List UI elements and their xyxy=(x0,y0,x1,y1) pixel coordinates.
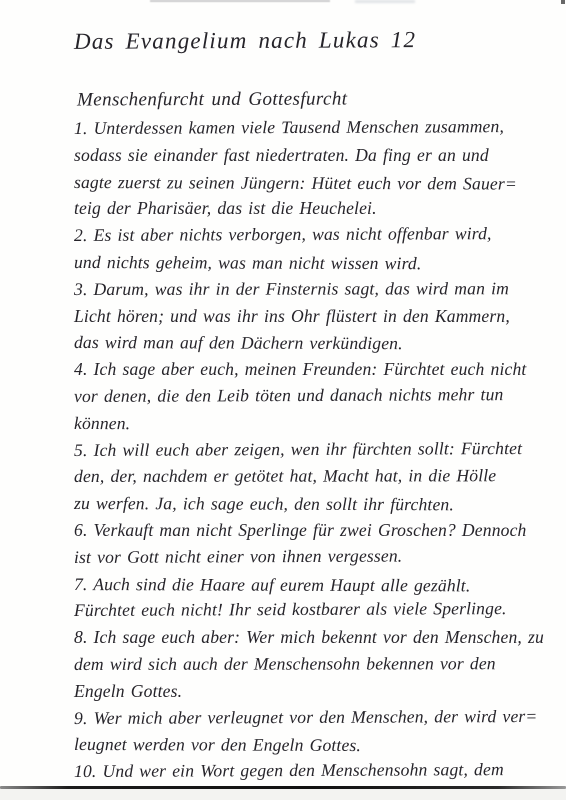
text-line: dem wird sich auch der Menschensohn beke… xyxy=(74,650,554,678)
scan-artifact-top-smudge xyxy=(150,0,330,2)
text-line: 9. Wer mich aber verleugnet vor den Mens… xyxy=(74,702,554,731)
text-line: 8. Ich sage euch aber: Wer mich bekennt … xyxy=(74,624,554,651)
text-line: Licht hören; und was ihr ins Ohr flüster… xyxy=(74,303,554,330)
text-line: vor denen, die den Leib töten und danach… xyxy=(74,381,554,410)
text-line: ist vor Gott nicht einer von ihnen verge… xyxy=(74,542,554,571)
text-line: sodass sie einander fast niedertraten. D… xyxy=(74,142,554,169)
text-line: 6. Verkauft man nicht Sperlinge für zwei… xyxy=(74,517,554,544)
scan-area-below-page xyxy=(0,789,566,800)
text-line: können. xyxy=(74,410,554,438)
text-line: Engeln Gottes. xyxy=(74,678,554,705)
text-line: zu werfen. Ja, ich sage euch, den sollt … xyxy=(74,490,554,518)
text-line: den, der, nachdem er getötet hat, Macht … xyxy=(74,463,554,491)
text-line: 2. Es ist aber nichts verborgen, was nic… xyxy=(74,220,554,249)
handwriting-body: 1. Unterdessen kamen viele Tausend Mensc… xyxy=(74,115,554,785)
text-line: das wird man auf den Dächern verkündigen… xyxy=(74,329,554,357)
scan-artifact-corner-speck xyxy=(561,0,565,4)
text-line: 4. Ich sage aber euch, meinen Freunden: … xyxy=(74,356,554,383)
text-line: 5. Ich will euch aber zeigen, wen ihr fü… xyxy=(74,434,554,463)
scan-artifact-top-smudge xyxy=(355,0,415,3)
text-line: 10. Und wer ein Wort gegen den Menschens… xyxy=(74,756,554,785)
document-title: Das Evangelium nach Lukas 12 xyxy=(74,27,416,55)
section-heading: Menschenfurcht und Gottesfurcht xyxy=(77,89,347,112)
text-line: 3. Darum, was ihr in der Finsternis sagt… xyxy=(74,275,554,303)
text-line: und nichts geheim, was man nicht wissen … xyxy=(74,249,554,277)
scanned-handwritten-page: Das Evangelium nach Lukas 12 Menschenfur… xyxy=(0,0,566,800)
text-line: 1. Unterdessen kamen viele Tausend Mensc… xyxy=(74,113,554,142)
text-line: Fürchtet euch nicht! Ihr seid kostbarer … xyxy=(74,595,554,624)
text-line: sagte zuerst zu seinen Jüngern: Hütet eu… xyxy=(74,169,554,197)
text-line: teig der Pharisäer, das ist die Heuchele… xyxy=(74,195,554,222)
